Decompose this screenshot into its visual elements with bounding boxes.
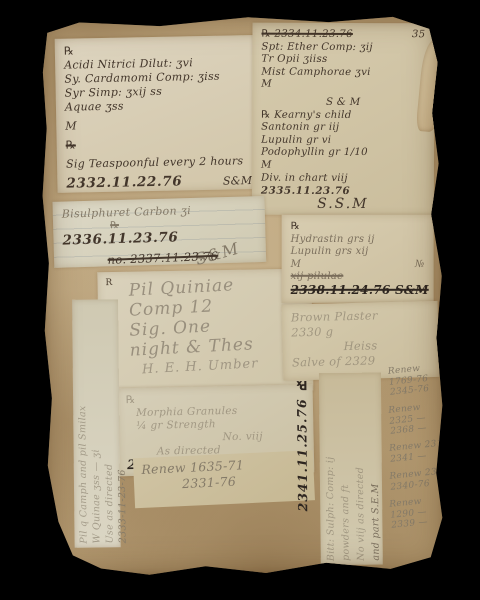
handwriting-line: M — [291, 258, 302, 271]
rx-symbol: ℞ — [291, 221, 425, 234]
note-2333-vertical: Pil q Camph and pil Smilax W Quinae ʒss … — [72, 299, 121, 547]
handwriting-line: Santonin gr iij — [261, 122, 425, 135]
handwriting-line: powders and ft — [338, 377, 353, 561]
prescription-number: 2338.11.24.76 S&M — [291, 283, 425, 296]
rx-patient-line: ℞ Kearny's child — [261, 109, 425, 122]
note-2341-vertical: 2341.11.25.76 ℞ — [291, 375, 320, 515]
prescription-number: ℞ 2334.11.23.76 — [261, 29, 352, 42]
r-mark: R — [105, 278, 112, 288]
handwriting-line: Aquae ʒss — [65, 97, 251, 115]
handwriting-line: No viij as directed — [353, 377, 368, 561]
note-sulph-vertical: Bitt: Sulph: Comp: ij powders and ft No … — [319, 373, 383, 566]
handwriting-line: Tr Opii ʒiiss — [261, 54, 425, 67]
handwriting-line: Pil q Camph and pil Smilax — [76, 304, 90, 544]
scrapbook-page: ℞ Acidi Nitrici Dilut: ʒvi Sy. Cardamomi… — [39, 12, 447, 578]
handwriting-line: M — [261, 79, 425, 92]
handwriting-line: Div. in chart viij — [261, 172, 425, 185]
rx-symbol-struck: ℞ — [66, 135, 252, 153]
note-renew-1635: Renew 1635-71 2331-76 — [133, 450, 315, 508]
initials-large: S.S.M — [261, 197, 425, 210]
renewal-entry: Renew 2325 — 2368 — — [388, 400, 445, 437]
prescription-2332: ℞ Acidi Nitrici Dilut: ʒvi Sy. Cardamomi… — [55, 35, 262, 193]
handwriting-line: Bitt: Sulph: Comp: ij — [323, 377, 338, 561]
renewal-entry: Renew 1290 — 2339 — — [389, 495, 446, 532]
handwriting-line: Hydrastin grs ij — [291, 233, 425, 246]
handwriting-line: Use as directed — [102, 303, 116, 543]
numero-mark: № — [415, 258, 425, 271]
prescription-2334-2335: ℞ 2334.11.23.76 35 Spt: Ether Comp: ʒij … — [252, 23, 435, 216]
margin-number: 35 — [412, 29, 426, 42]
handwriting-line: Lupulin grs xij — [291, 246, 425, 259]
renewal-entry: Renew 1769-76 2345-76 — [387, 362, 444, 399]
prescription-number: 2332.11.22.76 — [66, 174, 182, 190]
handwriting-line: Podophyllin gr 1/10 — [261, 147, 425, 160]
handwriting-line: and part S.E.M — [368, 377, 383, 561]
renewal-entry: Renew 2314 2341 — — [389, 439, 445, 465]
renewal-entry: Renew 2322 2340-76 — [389, 467, 445, 493]
handwriting-line: Mist Camphorae ʒvi — [261, 66, 425, 79]
handwriting-line: Lupulin gr vi — [261, 134, 425, 147]
handwriting-line: W Quinae ʒss — ʒi — [89, 303, 103, 543]
prescription-2338: ℞ Hydrastin grs ij Lupulin grs xij M № x… — [282, 215, 434, 303]
signa-line: Sig Teaspoonful every 2 hours — [66, 154, 252, 172]
initials: S & M — [261, 97, 425, 110]
handwriting-line: M — [65, 116, 251, 134]
renewal-notes-column: Renew 1769-76 2345-76 Renew 2325 — 2368 … — [389, 364, 445, 565]
handwriting-line: M — [261, 160, 425, 173]
handwriting-line: Spt: Ether Comp: ʒij — [261, 41, 425, 54]
handwriting-line: xij pilulae — [291, 271, 425, 284]
initials: S&M — [223, 174, 253, 189]
photo-black-background: ℞ Acidi Nitrici Dilut: ʒvi Sy. Cardamomi… — [0, 0, 480, 600]
prescription-number: 2341.11.25.76 ℞ — [295, 379, 310, 511]
